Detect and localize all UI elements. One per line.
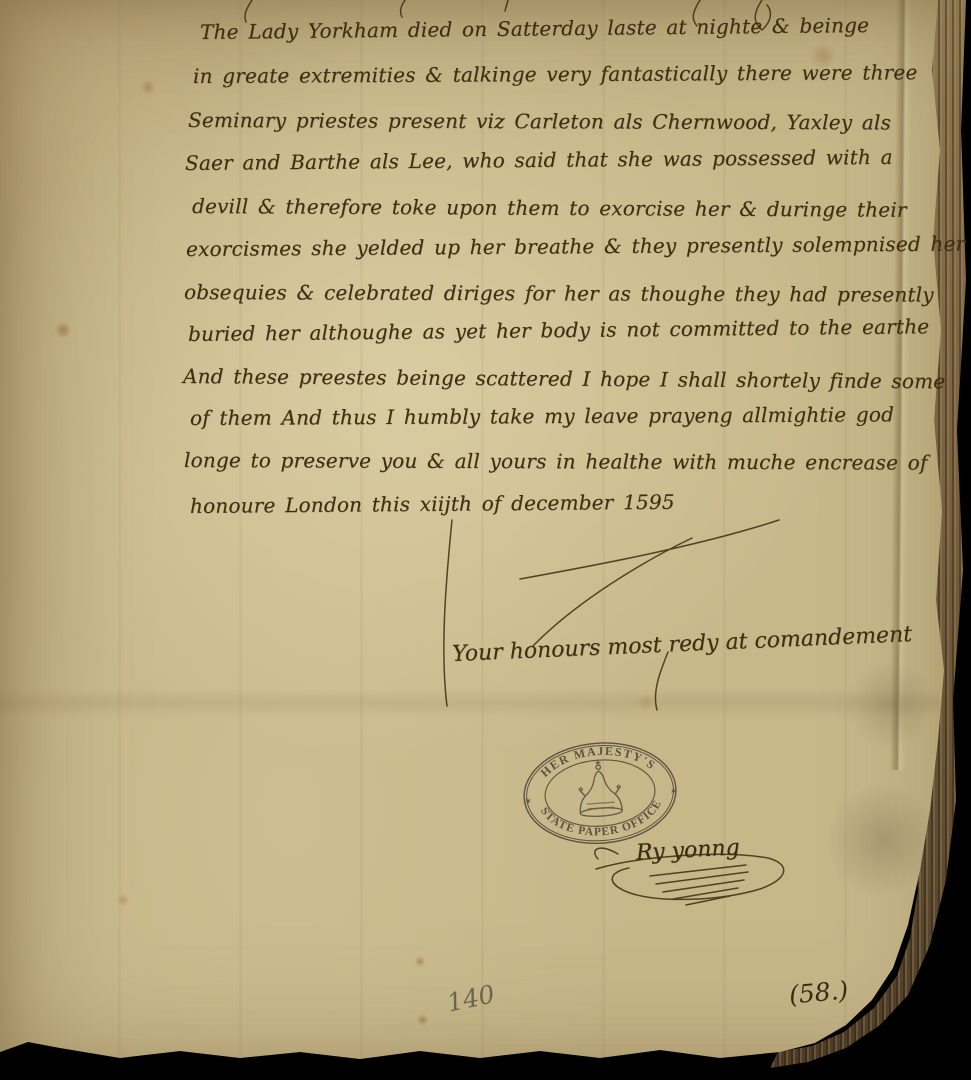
manuscript-line: And these preestes beinge scattered I ho…	[183, 366, 945, 391]
state-paper-office-stamp: HER MAJESTY'S STATE PAPER OFFICE ✶ ✶	[498, 726, 707, 870]
manuscript-line: The Lady Yorkham died on Satterday laste…	[200, 15, 869, 42]
manuscript-line: of them And thus I humbly take my leave …	[190, 404, 894, 428]
photo-background: The Lady Yorkham died on Satterday laste…	[0, 0, 971, 1080]
manuscript-line: exorcismes she yelded up her breathe & t…	[186, 234, 965, 259]
stamp-star-left: ✶	[524, 797, 532, 808]
folio-number-ink: (58.)	[788, 977, 849, 1007]
manuscript-line: honoure London this xiijth of december 1…	[190, 492, 675, 516]
manuscript-line: obsequies & celebrated diriges for her a…	[184, 282, 934, 305]
manuscript-line: in greate extremities & talkinge very fa…	[193, 62, 918, 86]
stamp-star-right: ✶	[670, 787, 678, 798]
manuscript-line: devill & therefore toke upon them to exo…	[192, 196, 907, 220]
manuscript-line: Saer and Barthe als Lee, who said that s…	[185, 147, 893, 173]
manuscript-line: Seminary priestes present viz Carleton a…	[188, 110, 891, 132]
manuscript-line: longe to preserve you & all yours in hea…	[184, 450, 928, 473]
crown-icon	[577, 759, 623, 818]
